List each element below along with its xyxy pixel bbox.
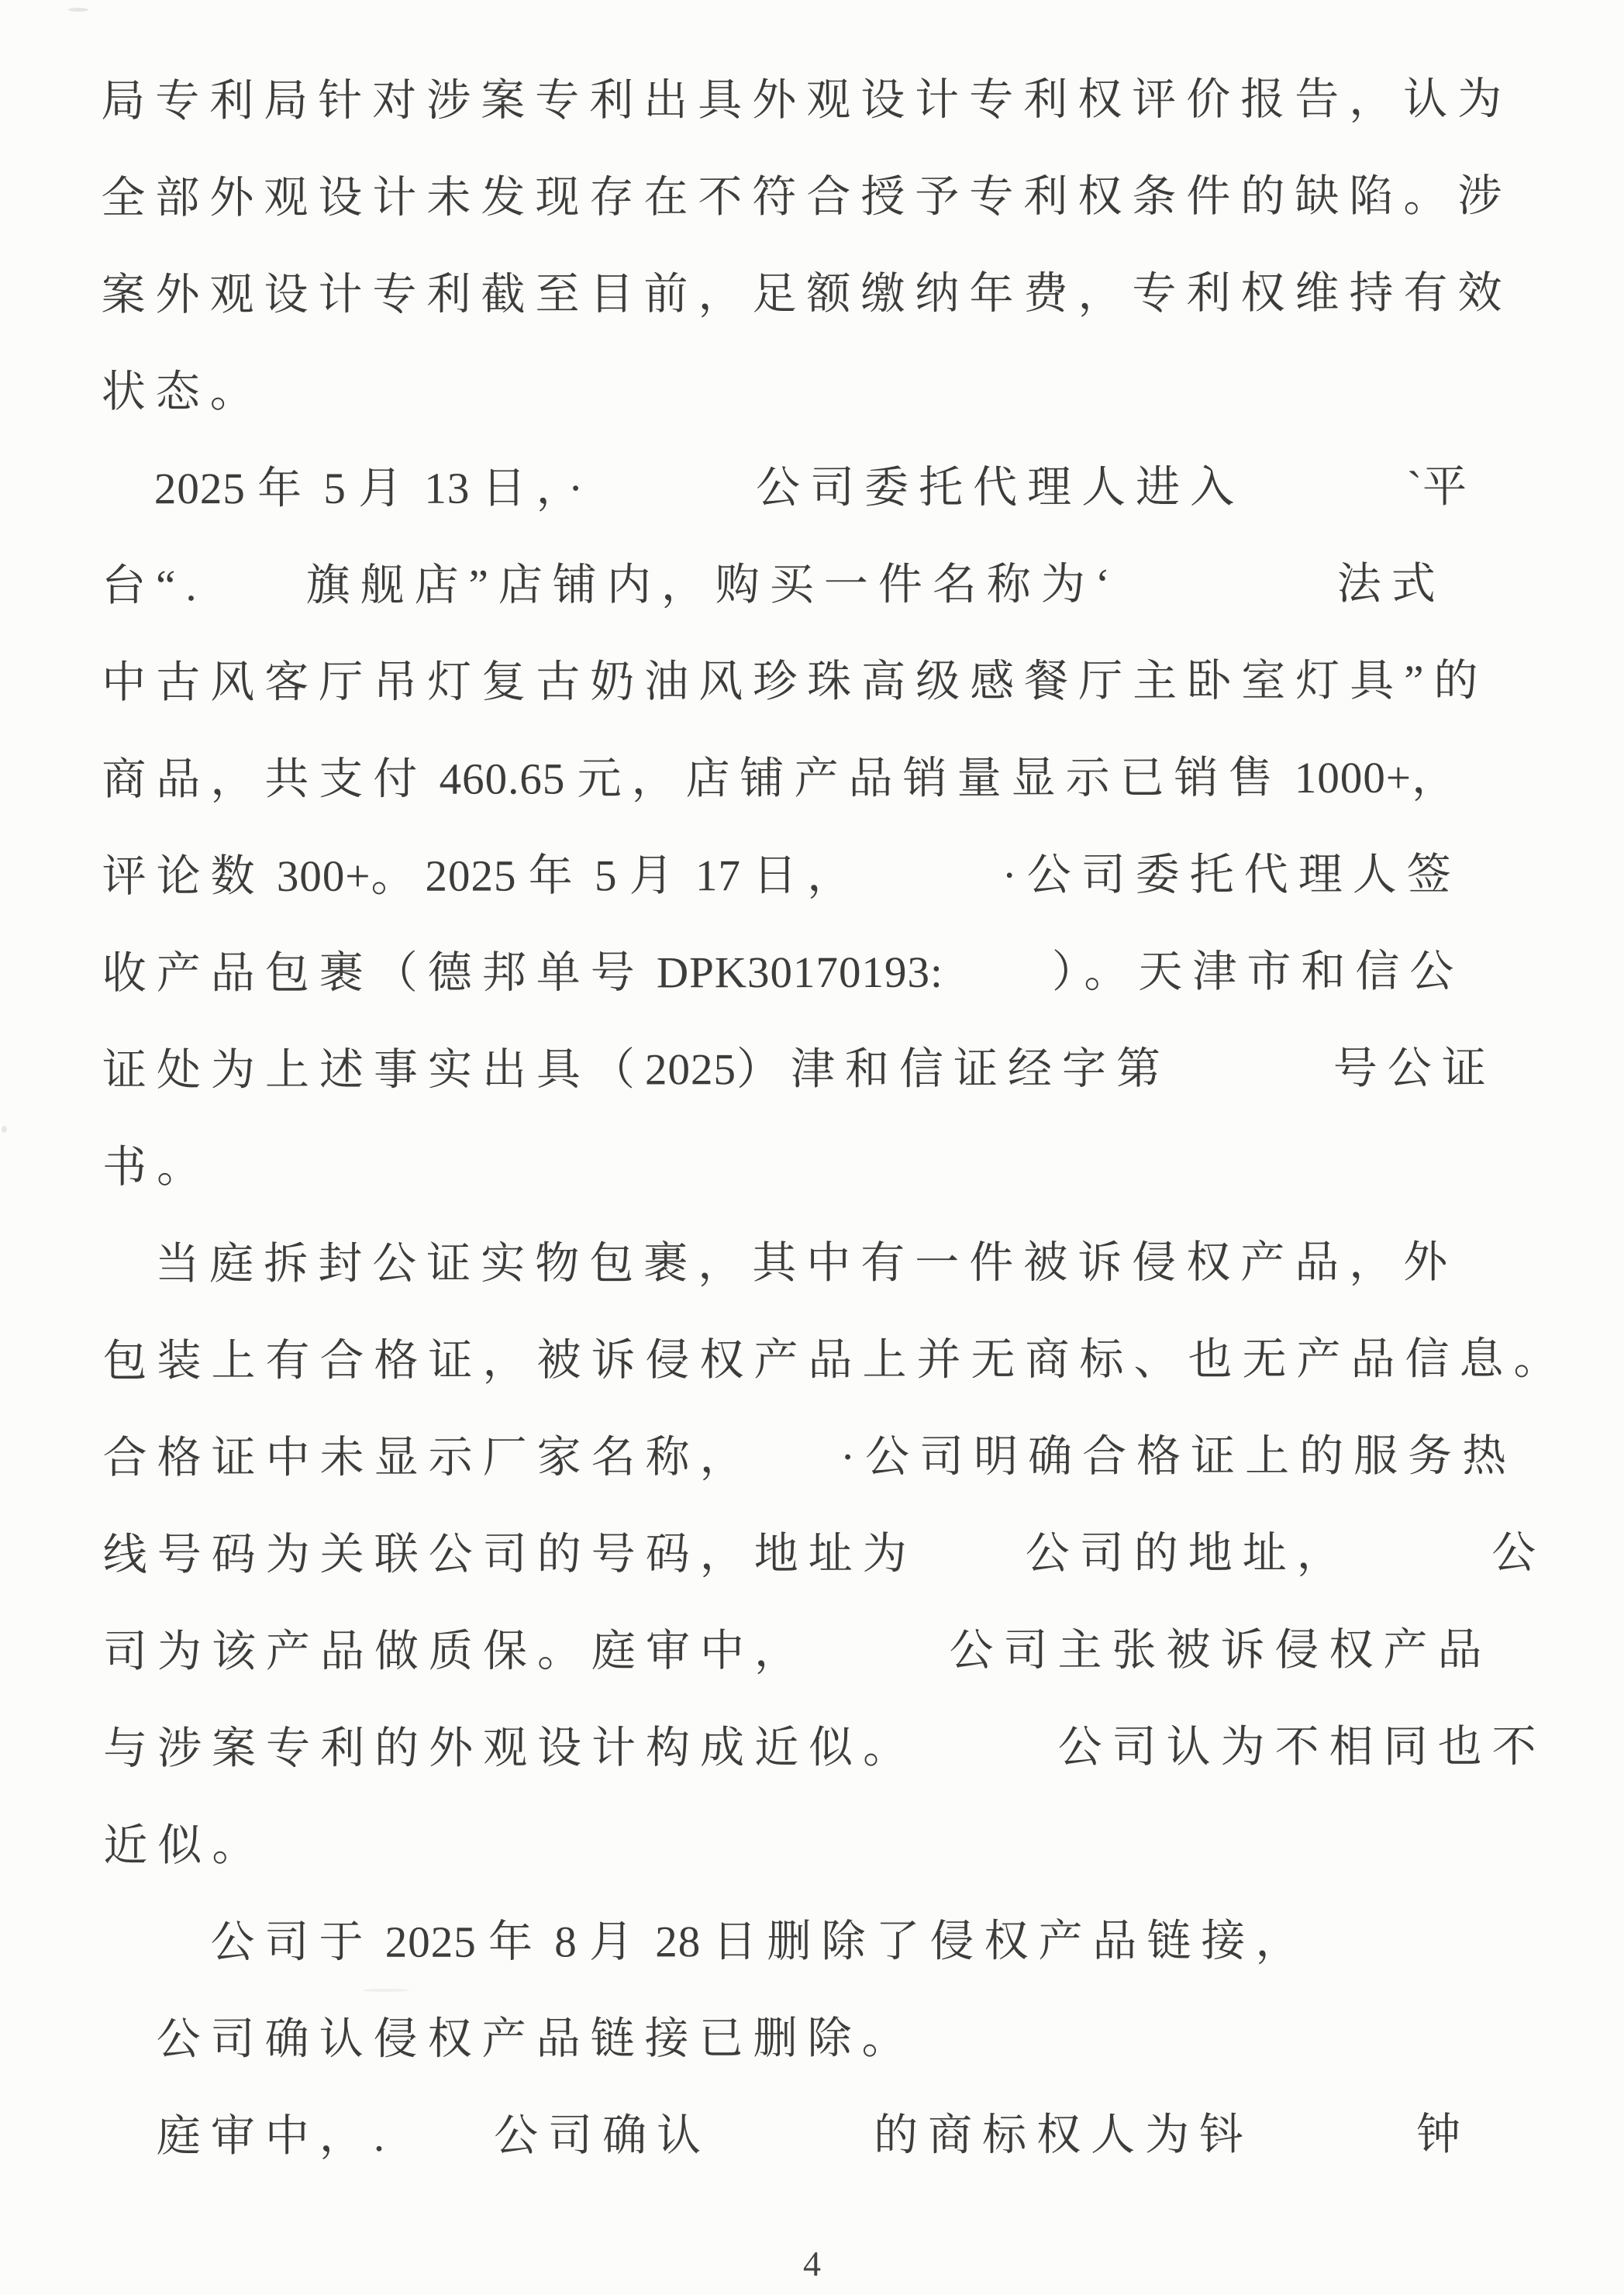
text-line: 庭审中，. 公司确认 的商标权人为钭 钟 [104, 2086, 1569, 2186]
text-line: 评论数 300+。2025 年 5 月 17 日， ·公司委托代理人签 [102, 827, 1567, 926]
text-line: 案外观设计专利截至目前，足额缴纳年费，专利权维持有效 [101, 245, 1566, 344]
text-line: 司为该产品做质保。庭审中， 公司主张被诉侵权产品 [103, 1602, 1568, 1701]
text-line: 书。 [102, 1117, 1567, 1217]
text-line: 公司确认侵权产品链接已删除。 [104, 1990, 1569, 2089]
text-line: 收产品包裹（德邦单号 DPK30170193: ）。天津市和信公 [102, 923, 1567, 1023]
document-body: 局专利局针对涉案专利出具外观设计专利权评价报告，认为 全部外观设计未发现存在不符… [101, 51, 1569, 2186]
text-line: 与涉案专利的外观设计构成近似。 公司认为不相同也不 [103, 1699, 1568, 1798]
text-line: 商品，共支付 460.65 元，店铺产品销量显示已销售 1000+， [102, 730, 1567, 829]
text-line: 当庭拆封公证实物包裹，其中有一件被诉侵权产品，外 [102, 1214, 1567, 1313]
scan-speck [2, 1126, 7, 1133]
text-line: 状态。 [102, 342, 1567, 441]
text-line: 近似。 [103, 1796, 1568, 1895]
text-line: 台“. 旗舰店”店铺内，购买一件名称为‘ 法式 [102, 536, 1567, 635]
page-number: 4 [0, 2243, 1624, 2284]
text-line: 证处为上述事实出具（2025）津和信证经字第 号公证 [102, 1020, 1567, 1120]
text-line: 公司于 2025 年 8 月 28 日删除了侵权产品链接， [103, 1893, 1568, 1992]
text-line: 中古风客厅吊灯复古奶油风珍珠高级感餐厅主卧室灯具”的 [102, 633, 1567, 732]
text-line: 2025 年 5 月 13 日，· 公司委托代理人进入 `平 [102, 439, 1567, 538]
text-line: 局专利局针对涉案专利出具外观设计专利权评价报告，认为 [101, 51, 1566, 150]
text-line: 合格证中未显示厂家名称， ·公司明确合格证上的服务热 [103, 1408, 1568, 1507]
text-line: 线号码为关联公司的号码，地址为 公司的地址， 公 [103, 1505, 1568, 1604]
text-line: 包装上有合格证，被诉侵权产品上并无商标、也无产品信息。 [102, 1311, 1567, 1410]
text-line: 全部外观设计未发现存在不符合授予专利权条件的缺陷。涉 [101, 148, 1566, 247]
scan-speck [68, 8, 88, 12]
scanned-page: 局专利局针对涉案专利出具外观设计专利权评价报告，认为 全部外观设计未发现存在不符… [0, 0, 1624, 2295]
